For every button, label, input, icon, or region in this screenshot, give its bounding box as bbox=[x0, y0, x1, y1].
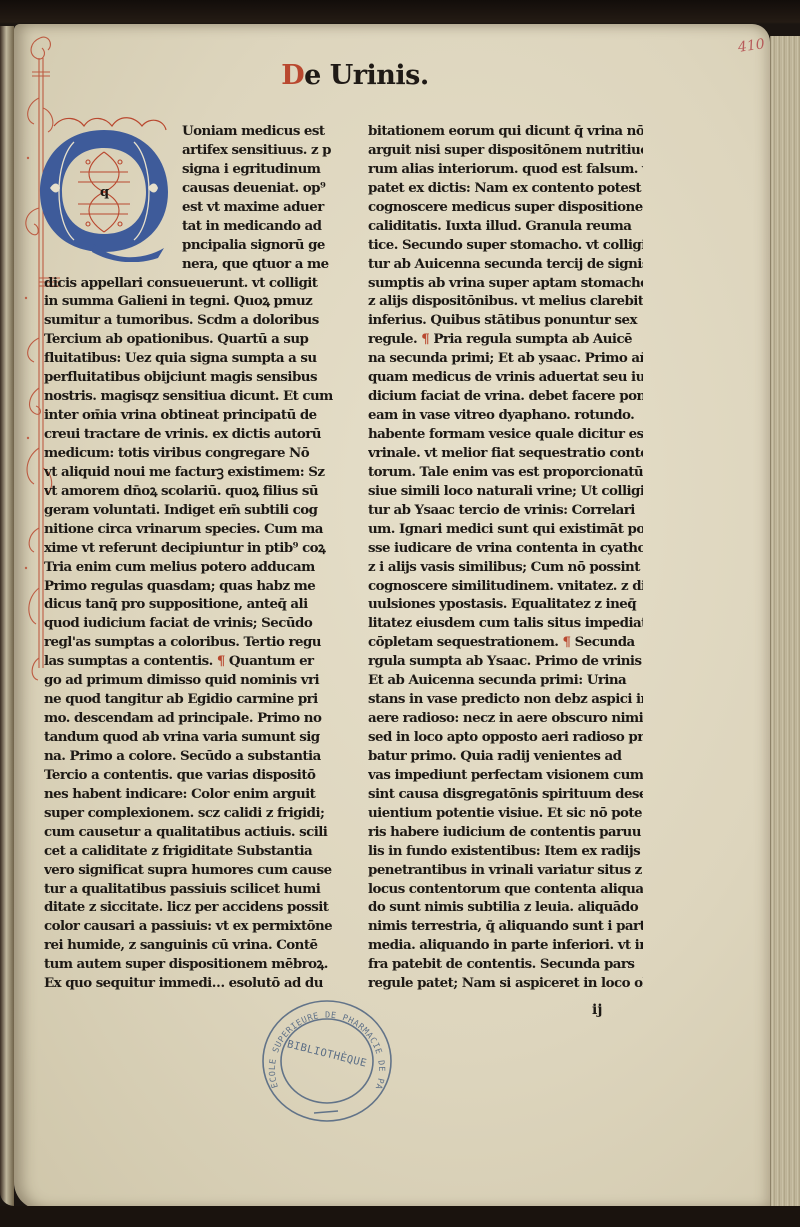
text-line: Primo regulas quasdam; quas habz me bbox=[44, 577, 344, 596]
text-line: vt amorem dn̄oꝝ scolariū. quoꝝ filius sū bbox=[44, 482, 344, 501]
text-line: regule. ¶ Pria regula sumpta ab Auicē bbox=[368, 330, 643, 349]
text-line: vas impediunt perfectam visionem cum bbox=[368, 766, 643, 785]
text-line: Et ab Auicenna secunda primi: Urina bbox=[368, 671, 643, 690]
text-line: rgula sumpta ab Ysaac. Primo de vrinis bbox=[368, 652, 643, 671]
text-line: rum alias interiorum. quod est falsum. v… bbox=[368, 160, 643, 179]
text-line: signa i egritudinum bbox=[44, 160, 344, 179]
text-line: in summa Galieni in tegni. Quoꝝ pmuz bbox=[44, 292, 344, 311]
text-line: Tercium ab opationibus. Quartū a sup bbox=[44, 330, 344, 349]
text-line: ris habere iudicium de contentis paruu bbox=[368, 823, 643, 842]
text-line: fluitatibus: Uez quia signa sumpta a su bbox=[44, 349, 344, 368]
text-line: sumitur a tumoribus. Scdm a doloribus bbox=[44, 311, 344, 330]
running-title: De Urinis. bbox=[250, 60, 460, 91]
text-line: na secunda primi; Et ab ysaac. Primo an̄ bbox=[368, 349, 643, 368]
page-fore-edge bbox=[770, 36, 800, 1206]
text-line: habente formam vesice quale dicitur esse bbox=[368, 425, 643, 444]
text-line: regule patet; Nam si aspiceret in loco o… bbox=[368, 974, 643, 993]
text-line: nes habent indicare: Color enim arguit bbox=[44, 785, 344, 804]
text-line: inter om̄ia vrina obtineat principatū de bbox=[44, 406, 344, 425]
title-rubric-letter: D bbox=[281, 60, 304, 91]
text-line: do sunt nimis subtilia z leuia. aliquādo bbox=[368, 898, 643, 917]
text-line: um. Ignari medici sunt qui existimāt po bbox=[368, 520, 643, 539]
svg-text:ECOLE SUPERIEURE DE PHARMACIE: ECOLE SUPERIEURE DE PHARMACIE DE PARIS bbox=[258, 995, 386, 1091]
text-line: z i alijs vasis similibus; Cum nō possin… bbox=[368, 558, 643, 577]
text-line: fra patebit de contentis. Secunda pars bbox=[368, 955, 643, 974]
text-line: inferius. Quibus stātibus ponuntur sex bbox=[368, 311, 643, 330]
text-line: patet ex dictis: Nam ex contento potest bbox=[368, 179, 643, 198]
text-line: stans in vase predicto non debz aspici i… bbox=[368, 690, 643, 709]
text-line: cognoscere medicus super dispositionez bbox=[368, 198, 643, 217]
text-line: tur a qualitatibus passiuis scilicet hum… bbox=[44, 880, 344, 899]
text-line: tandum quod ab vrina varia sumunt sig bbox=[44, 728, 344, 747]
text-line: Ex quo sequitur immedi… esolutō ad du bbox=[44, 974, 344, 993]
library-stamp-icon: ECOLE SUPERIEURE DE PHARMACIE DE PARIS bbox=[258, 995, 396, 1127]
text-line: litatez eiusdem cum talis situs impediat bbox=[368, 614, 643, 633]
text-line: batur primo. Quia radij venientes ad bbox=[368, 747, 643, 766]
text-line: Tercio a contentis. que varias dispositō bbox=[44, 766, 344, 785]
text-line: nostris. magisqz sensitiua dicunt. Et cu… bbox=[44, 387, 344, 406]
text-line: locus contentorum que contenta aliquan bbox=[368, 880, 643, 899]
text-line: dicus tanq̄ pro suppositione, anteq̄ ali bbox=[44, 595, 344, 614]
text-line: bitationem eorum qui dicunt q̄ vrina nō bbox=[368, 122, 643, 141]
text-line: z alijs dispositōnibus. vt melius clareb… bbox=[368, 292, 643, 311]
text-line: ne quod tangitur ab Egidio carmine pri bbox=[44, 690, 344, 709]
signature-mark: ij bbox=[592, 1002, 602, 1018]
text-line: perfluitatibus obijciunt magis sensibus bbox=[44, 368, 344, 387]
text-line: cum causetur a qualitatibus actiuis. sci… bbox=[44, 823, 344, 842]
text-line: creui tractare de vrinis. ex dictis auto… bbox=[44, 425, 344, 444]
text-column-left: Uoniam medicus estartifex sensitiuus. z … bbox=[44, 122, 344, 993]
text-line: cet a caliditate z frigiditate Substanti… bbox=[44, 842, 344, 861]
text-line: medicum: totis viribus congregare Nō bbox=[44, 444, 344, 463]
text-line: uulsiones ypostasis. Equalitatez z ineq̄ bbox=[368, 595, 643, 614]
text-line: aere radioso: necz in aere obscuro nimis… bbox=[368, 709, 643, 728]
gutter-edge bbox=[0, 26, 14, 1206]
text-line: rei humide, z sanguinis cū vrina. Contē bbox=[44, 936, 344, 955]
pilcrow-icon: ¶ bbox=[421, 331, 429, 347]
pilcrow-icon: ¶ bbox=[217, 653, 225, 669]
text-line: quam medicus de vrinis aduertat seu iu bbox=[368, 368, 643, 387]
text-line: Tria enim cum melius potero adducam bbox=[44, 558, 344, 577]
title-text: e Urinis. bbox=[304, 60, 429, 91]
text-line: lis in fundo existentibus: Item ex radij… bbox=[368, 842, 643, 861]
text-line: regl'as sumptas a coloribus. Tertio regu bbox=[44, 633, 344, 652]
text-line: dicium faciat de vrina. debet facere pon… bbox=[368, 387, 643, 406]
text-line: tur ab Auicenna secunda tercij de signis bbox=[368, 255, 643, 274]
text-line: dicis appellari consueuerunt. vt colligi… bbox=[44, 274, 344, 293]
stamp-outer-text: ECOLE SUPERIEURE DE PHARMACIE DE PARIS bbox=[258, 995, 386, 1091]
text-line: siue simili loco naturali vrine; Ut coll… bbox=[368, 482, 643, 501]
text-line: color causari a passiuis: vt ex permixtō… bbox=[44, 917, 344, 936]
text-line: nera, que qtuor a me bbox=[44, 255, 344, 274]
text-line: caliditatis. Iuxta illud. Granula reuma bbox=[368, 217, 643, 236]
text-line: artifex sensitiuus. z p bbox=[44, 141, 344, 160]
text-line: nimis terrestria, q̄ aliquando sunt i pa… bbox=[368, 917, 643, 936]
text-line: est vt maxime aduer bbox=[44, 198, 344, 217]
text-line: geram voluntati. Indiget em̄ subtili cog bbox=[44, 501, 344, 520]
text-line: vrinale. vt melior fiat sequestratio con… bbox=[368, 444, 643, 463]
text-line: quod iudicium faciat de vrinis; Secūdo bbox=[44, 614, 344, 633]
text-line: sint causa disgregatōnis spirituum deser bbox=[368, 785, 643, 804]
text-line: torum. Tale enim vas est proporcionatū bbox=[368, 463, 643, 482]
text-line: tur ab Ysaac tercio de vrinis: Correlari bbox=[368, 501, 643, 520]
text-line: sse iudicare de vrina contenta in cyatho… bbox=[368, 539, 643, 558]
text-line: pncipalia signorū ge bbox=[44, 236, 344, 255]
text-line: ditate z siccitate. licz per accidens po… bbox=[44, 898, 344, 917]
text-line: media. aliquando in parte inferiori. vt … bbox=[368, 936, 643, 955]
text-line: tat in medicando ad bbox=[44, 217, 344, 236]
text-line: xime vt referunt decipiuntur in ptib⁹ co… bbox=[44, 539, 344, 558]
text-line: tum autem super dispositionem mēbroꝝ. bbox=[44, 955, 344, 974]
text-line: cōpletam sequestrationem. ¶ Secunda bbox=[368, 633, 643, 652]
text-line: sumptis ab vrina super aptam stomacho bbox=[368, 274, 643, 293]
text-line: na. Primo a colore. Secūdo a substantia bbox=[44, 747, 344, 766]
pilcrow-icon: ¶ bbox=[563, 634, 571, 650]
bottom-shadow bbox=[0, 1206, 800, 1227]
text-line: vt aliquid noui me facturꝫ existimem: Sz bbox=[44, 463, 344, 482]
text-line: super complexionem. scz calidi z frigidi… bbox=[44, 804, 344, 823]
text-line: causas deueniat. op⁹ bbox=[44, 179, 344, 198]
text-line: vero significat supra humores cum cause bbox=[44, 861, 344, 880]
text-line: uientium potentie visiue. Et sic nō pote bbox=[368, 804, 643, 823]
text-line: penetrantibus in vrinali variatur situs … bbox=[368, 861, 643, 880]
text-line: sed in loco apto opposto aeri radioso pr… bbox=[368, 728, 643, 747]
text-line: go ad primum dimisso quid nominis vri bbox=[44, 671, 344, 690]
text-line: tice. Secundo super stomacho. vt colligi bbox=[368, 236, 643, 255]
text-line: Uoniam medicus est bbox=[44, 122, 344, 141]
text-line: nitione circa vrinarum species. Cum ma bbox=[44, 520, 344, 539]
text-line: mo. descendam ad principale. Primo no bbox=[44, 709, 344, 728]
text-line: cognoscere similitudinem. vnitatez. z di bbox=[368, 577, 643, 596]
text-line: las sumptas a contentis. ¶ Quantum er bbox=[44, 652, 344, 671]
text-column-right: bitationem eorum qui dicunt q̄ vrina nōa… bbox=[368, 122, 643, 993]
text-line: eam in vase vitreo dyaphano. rotundo. bbox=[368, 406, 643, 425]
text-line: arguit nisi super dispositōnem nutritiuo bbox=[368, 141, 643, 160]
